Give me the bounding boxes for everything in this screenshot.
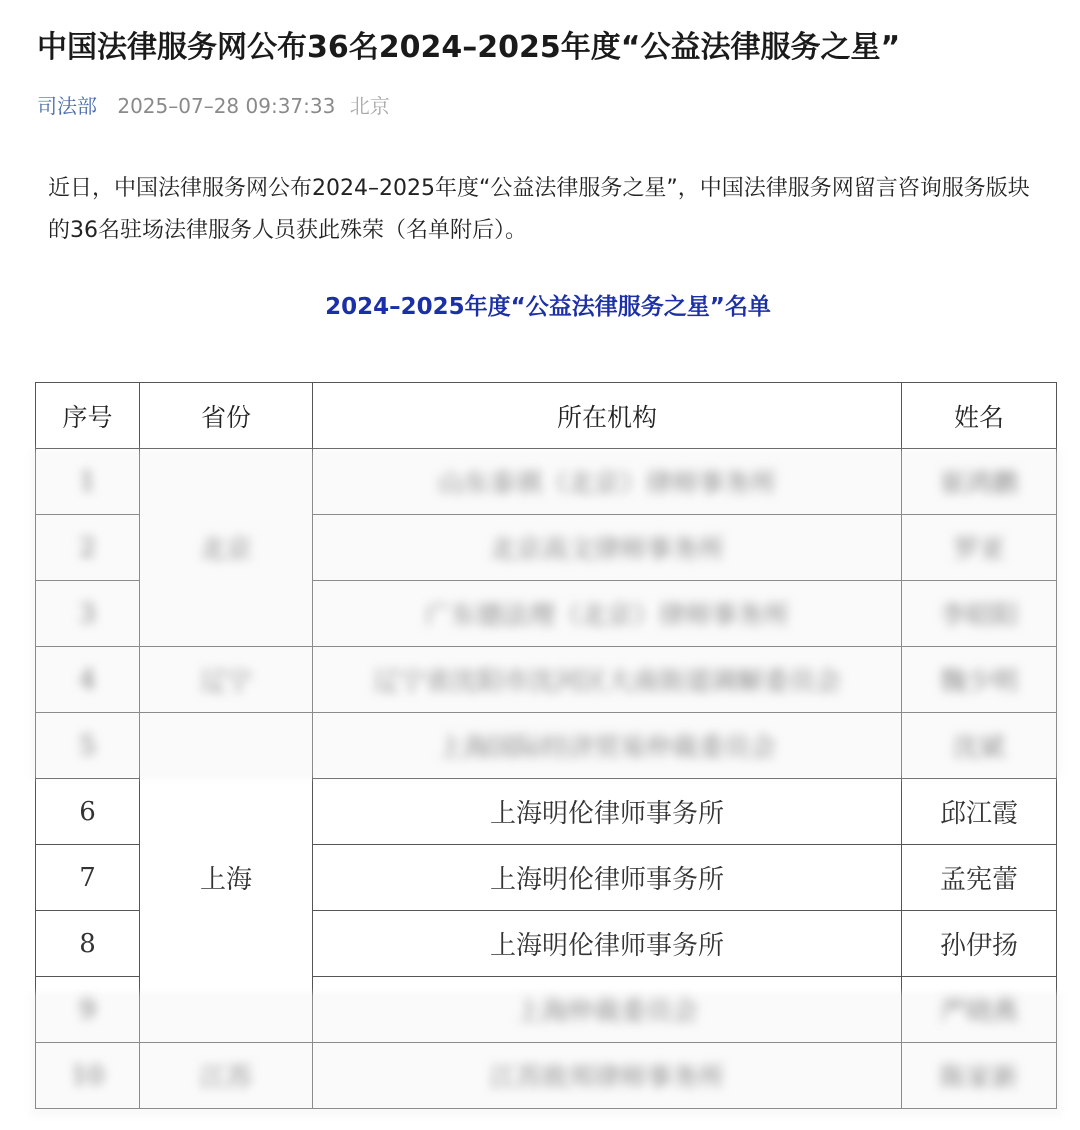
table-header-row: 序号 省份 所在机构 姓名 bbox=[36, 383, 1057, 449]
table-row: 4 辽宁 辽宁省沈阳市沈河区大南街道调解委员会 魏少明 bbox=[36, 647, 1057, 713]
award-list-table: 序号 省份 所在机构 姓名 1 北京 山东泰祺（北京）律师事务所 崔鸿鹏 2 北… bbox=[35, 382, 1057, 1109]
publish-timestamp: 2025–07–28 09:37:33 bbox=[117, 94, 335, 118]
cell-no: 8 bbox=[36, 911, 140, 977]
cell-name: 李昭阳 bbox=[902, 581, 1057, 647]
list-heading: 2024–2025年度“公益法律服务之星”名单 bbox=[0, 288, 1080, 321]
table-row: 1 北京 山东泰祺（北京）律师事务所 崔鸿鹏 bbox=[36, 449, 1057, 515]
cell-org: 上海国际经济贸易仲裁委员会 bbox=[313, 713, 902, 779]
cell-no: 4 bbox=[36, 647, 140, 713]
cell-no: 10 bbox=[36, 1043, 140, 1109]
cell-no: 9 bbox=[36, 977, 140, 1043]
cell-no: 5 bbox=[36, 713, 140, 779]
cell-no: 6 bbox=[36, 779, 140, 845]
table-row: 5 上海 上海国际经济贸易仲裁委员会 沈斌 bbox=[36, 713, 1057, 779]
cell-province: 辽宁 bbox=[140, 647, 313, 713]
cell-province: 上海 bbox=[140, 713, 313, 1043]
publish-location: 北京 bbox=[350, 94, 390, 118]
article-title: 中国法律服务网公布36名2024–2025年度“公益法律服务之星” bbox=[37, 22, 900, 66]
cell-no: 3 bbox=[36, 581, 140, 647]
cell-org: 山东泰祺（北京）律师事务所 bbox=[313, 449, 902, 515]
cell-name: 孙伊扬 bbox=[902, 911, 1057, 977]
header-name: 姓名 bbox=[902, 383, 1057, 449]
cell-org: 辽宁省沈阳市沈河区大南街道调解委员会 bbox=[313, 647, 902, 713]
cell-org: 江苏致邦律师事务所 bbox=[313, 1043, 902, 1109]
cell-org: 上海明伦律师事务所 bbox=[313, 845, 902, 911]
cell-name: 魏少明 bbox=[902, 647, 1057, 713]
cell-name: 罗亚 bbox=[902, 515, 1057, 581]
cell-no: 2 bbox=[36, 515, 140, 581]
cell-name: 孟宪蕾 bbox=[902, 845, 1057, 911]
cell-name: 邱江霞 bbox=[902, 779, 1057, 845]
cell-name: 沈斌 bbox=[902, 713, 1057, 779]
header-no: 序号 bbox=[36, 383, 140, 449]
cell-name: 严晓燕 bbox=[902, 977, 1057, 1043]
cell-org: 北京高文律师事务所 bbox=[313, 515, 902, 581]
source-link[interactable]: 司法部 bbox=[37, 94, 97, 118]
cell-no: 1 bbox=[36, 449, 140, 515]
cell-org: 上海明伦律师事务所 bbox=[313, 779, 902, 845]
article-meta: 司法部 2025–07–28 09:37:33 北京 bbox=[37, 90, 390, 119]
article-paragraph: 近日，中国法律服务网公布2024–2025年度“公益法律服务之星”，中国法律服务… bbox=[48, 168, 1048, 252]
header-organization: 所在机构 bbox=[313, 383, 902, 449]
cell-name: 陈家新 bbox=[902, 1043, 1057, 1109]
cell-no: 7 bbox=[36, 845, 140, 911]
cell-name: 崔鸿鹏 bbox=[902, 449, 1057, 515]
cell-org: 广东德法理（北京）律师事务所 bbox=[313, 581, 902, 647]
table-row: 10 江苏 江苏致邦律师事务所 陈家新 bbox=[36, 1043, 1057, 1109]
cell-province: 北京 bbox=[140, 449, 313, 647]
cell-province: 江苏 bbox=[140, 1043, 313, 1109]
header-province: 省份 bbox=[140, 383, 313, 449]
cell-org: 上海明伦律师事务所 bbox=[313, 911, 902, 977]
cell-org: 上海仲裁委员会 bbox=[313, 977, 902, 1043]
